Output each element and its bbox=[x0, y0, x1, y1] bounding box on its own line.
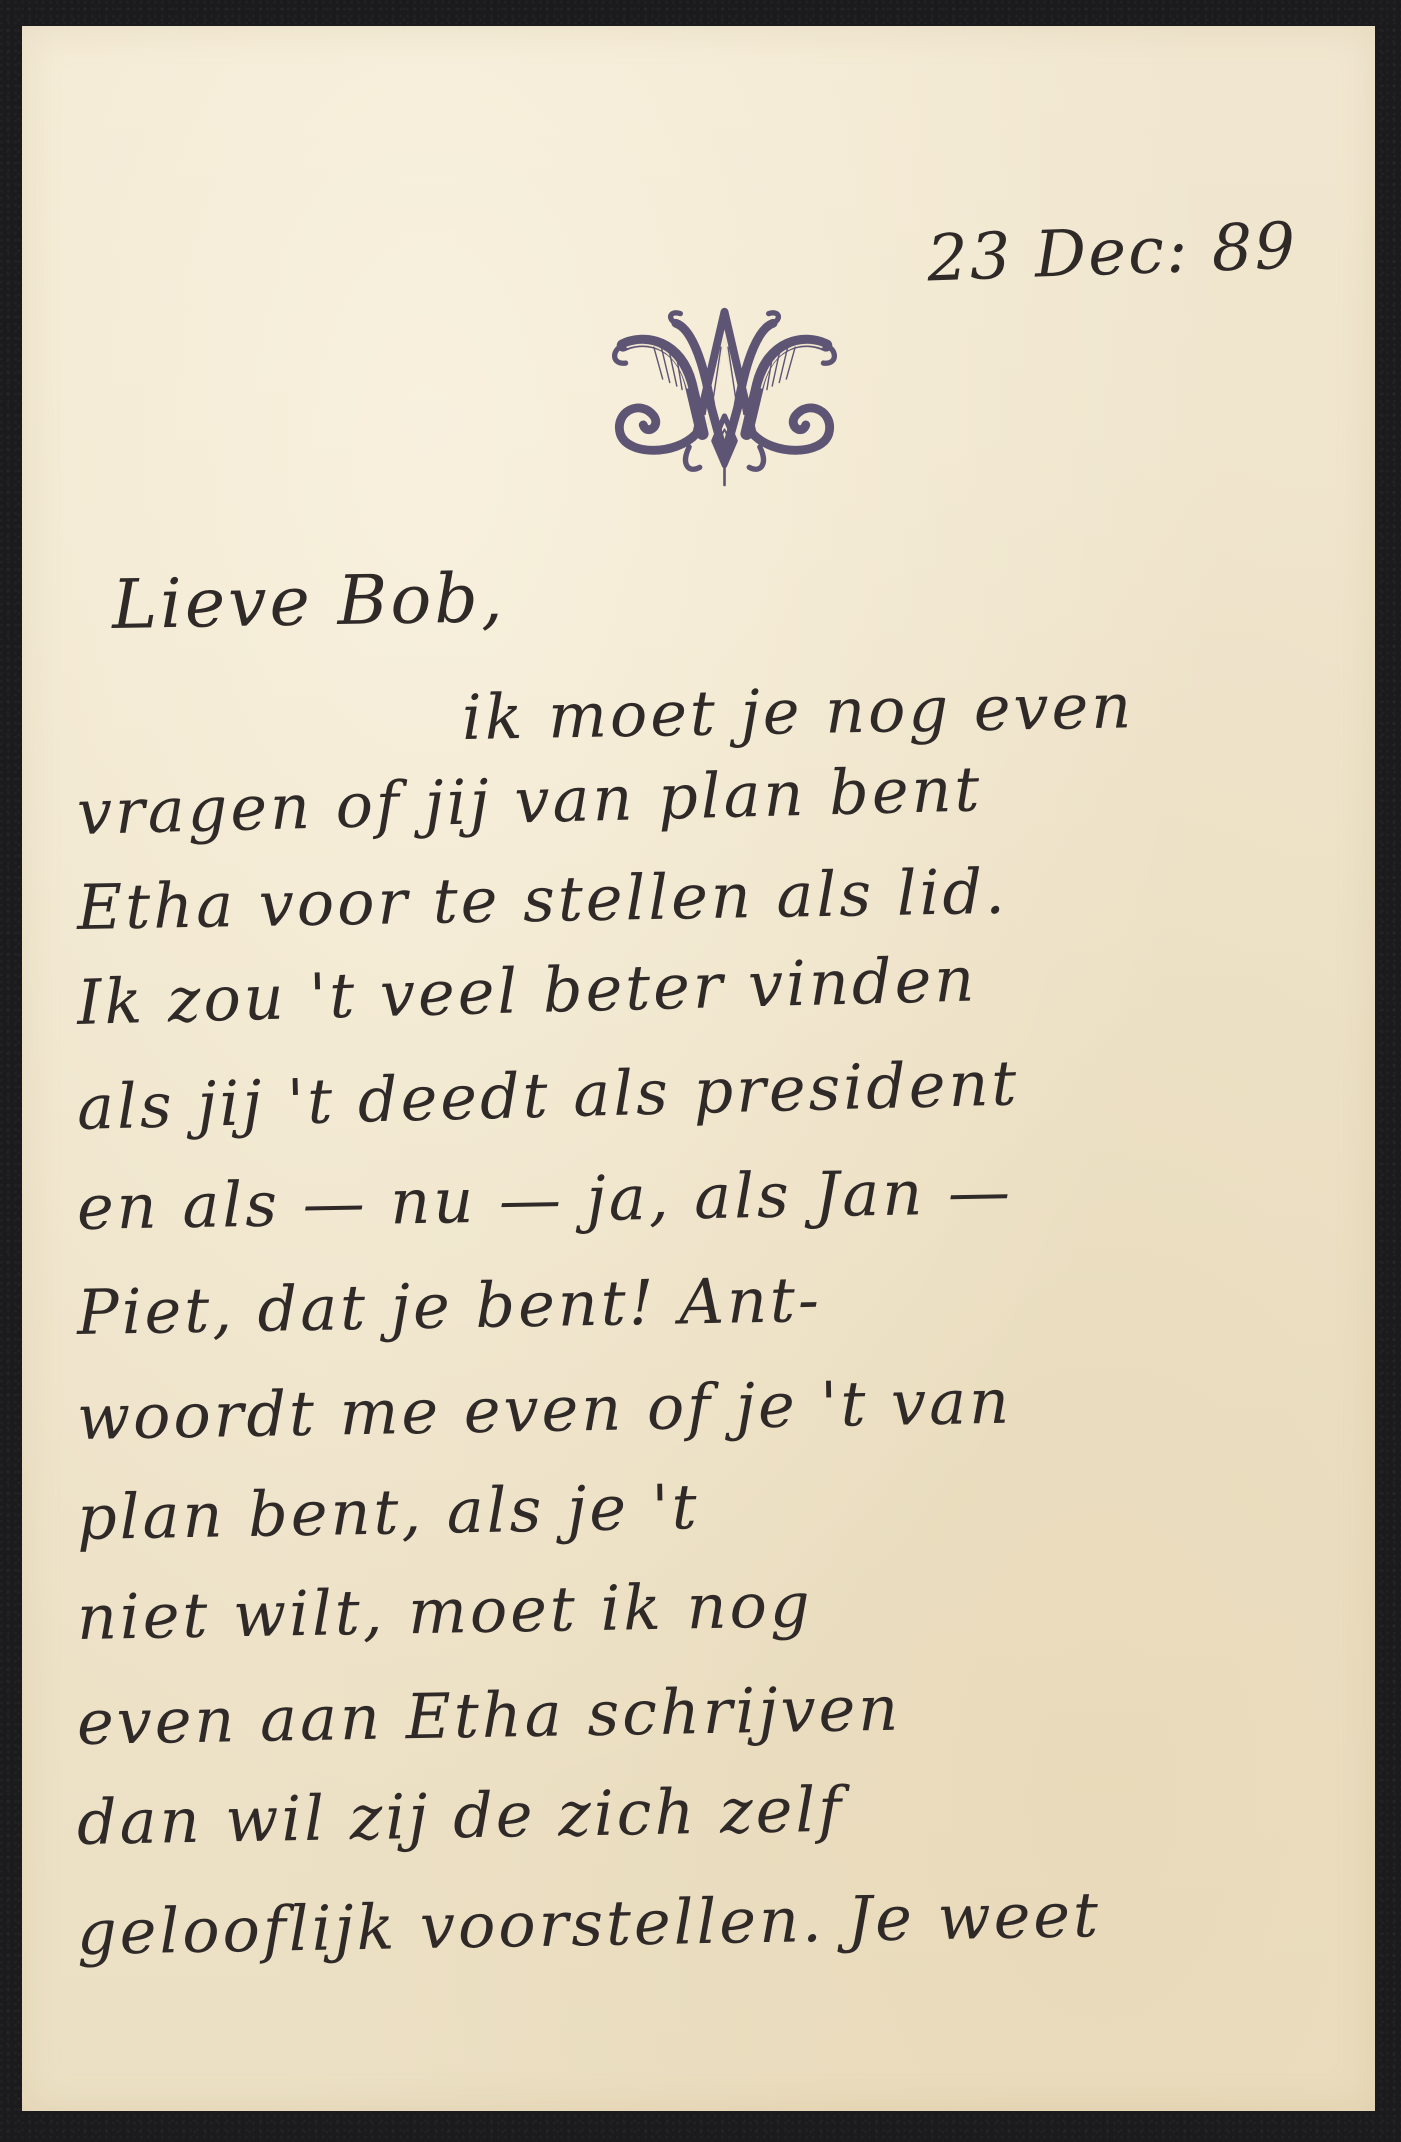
letter-line: even aan Etha schrijven bbox=[76, 1672, 901, 1759]
letter-line: Ik zou 't veel beter vinden bbox=[76, 942, 978, 1039]
letter-salutation: Lieve Bob, bbox=[111, 559, 506, 645]
ornamental-monogram-icon bbox=[592, 294, 857, 494]
letter-date: 23 Dec: 89 bbox=[926, 210, 1299, 297]
letter-line: dan wil zij de zich zelf bbox=[76, 1773, 844, 1859]
letter-line: vragen of jij van plan bent bbox=[76, 752, 983, 849]
letter-line: woordt me even of je 't van bbox=[76, 1365, 1012, 1454]
letter-line: niet wilt, moet ik nog bbox=[76, 1568, 813, 1654]
letter-line: gelooflijk voorstellen. Je weet bbox=[76, 1878, 1101, 1969]
letter-sheet: 23 Dec: 89 bbox=[22, 26, 1375, 2111]
letter-line: Piet, dat je bent! Ant- bbox=[76, 1263, 822, 1349]
letter-line: als jij 't deedt als president bbox=[76, 1046, 1020, 1144]
letter-line: plan bent, als je 't bbox=[76, 1470, 700, 1554]
letter-line: ik moet je nog even bbox=[461, 669, 1134, 754]
letter-line: en als — nu — ja, als Jan — bbox=[76, 1155, 1013, 1244]
letter-line: Etha voor te stellen als lid. bbox=[76, 855, 1008, 944]
